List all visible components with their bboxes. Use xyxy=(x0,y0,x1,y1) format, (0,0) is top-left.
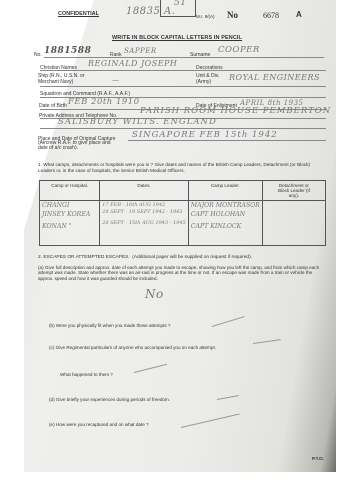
table-row: CHANGI JINSEY KOREA KONAN " 17 FEB - 16t… xyxy=(40,201,326,246)
instruction-text: WRITE IN BLOCK CAPITAL LETTERS IN PENCIL xyxy=(112,35,242,41)
question-2-title-text: 2. ESCAPES OR ATTEMPTED ESCAPES. xyxy=(38,255,130,260)
christian-names-value: REGINALD JOSEPH xyxy=(88,59,177,68)
dates-2: 28 SEPT - 19 SEPT 1942 - 1943 xyxy=(102,208,186,217)
form-number: 6678 xyxy=(263,11,279,20)
dob-value: FEB 20th 1910 xyxy=(68,97,140,107)
question-2c-text: (c) Give Regimental particulars of anyon… xyxy=(49,345,216,350)
pto-label: P.T.O. xyxy=(312,456,324,461)
camp-3: KONAN " xyxy=(42,223,97,232)
camps-table-header: Camp or Hospital. Dates. Camp Leader. De… xyxy=(40,181,326,201)
question-2d-text: (d) Give briefly your experiences during… xyxy=(49,397,170,402)
number-label: No xyxy=(227,10,238,20)
camp-1: CHANGI xyxy=(42,202,97,211)
camp-cell: CHANGI JINSEY KOREA KONAN " xyxy=(40,201,100,246)
form-series: A xyxy=(296,10,302,19)
leader-1: MAJOR MONTRASOR xyxy=(191,202,260,211)
question-2e-text: (e) How were you recaptured and on what … xyxy=(49,422,149,427)
capture-value: SINGAPORE FEB 15th 1942 xyxy=(132,130,278,140)
unit-label: Unit & Div. (Army) xyxy=(196,74,226,85)
question-2c-followup: What happened to them ? xyxy=(60,372,113,377)
unit-value: ROYAL ENGINEERS xyxy=(229,73,320,82)
header-block-leader: Detachment or Block Leader (if any). xyxy=(262,181,325,201)
question-1-text: 1. What camps, detachments or hospitals … xyxy=(38,162,326,173)
camps-table: Camp or Hospital. Dates. Camp Leader. De… xyxy=(39,180,326,246)
army-no-label: No. xyxy=(34,52,42,58)
boxed-mark: 51 xyxy=(160,0,196,17)
question-2-title: 2. ESCAPES OR ATTEMPTED ESCAPES. (Additi… xyxy=(38,255,252,260)
block-leader-cell xyxy=(262,201,325,246)
ship-label: Ship (R.N., U.S.N. or Merchant Navy) xyxy=(38,74,98,85)
ship-value: — xyxy=(112,76,120,84)
classification-label: CONFIDENTIAL xyxy=(58,11,99,17)
boxed-mark-value: 51 xyxy=(174,0,186,8)
header-camp-leader: Camp Leader. xyxy=(188,181,262,201)
leader-cell: MAJOR MONTRASOR CAPT HOLOHAN CAPT KINLOC… xyxy=(188,201,262,246)
camp-2: JINSEY KOREA xyxy=(42,211,97,220)
question-2a-text: (a) Give full description and approx. da… xyxy=(38,265,326,281)
form-code: M.I. 9/(A) xyxy=(196,14,215,19)
question-2b-text: (b) Were you physically fit when you mad… xyxy=(49,323,170,328)
capture-label-sub: (Aircrew R.A.F. to give place and date o… xyxy=(38,141,118,151)
header-dates: Dates. xyxy=(100,181,189,201)
leader-3: CAPT KINLOCK xyxy=(191,223,260,232)
address-value-line1: PARISH ROOM HOUSE PEMBERTON xyxy=(140,106,331,116)
rank-value: SAPPER xyxy=(124,47,157,55)
question-2-note: (Additional paper will be supplied on re… xyxy=(132,255,252,260)
army-no-value: 1881588 xyxy=(44,46,91,56)
address-value-line2: SALISBURY WILTS. ENGLAND xyxy=(58,117,217,127)
question-2a-answer: No xyxy=(145,287,164,301)
header-camp: Camp or Hospital. xyxy=(40,181,100,201)
surname-value: COOPER xyxy=(218,45,260,55)
dates-cell: 17 FEB - 16th AUG 1942 28 SEPT - 19 SEPT… xyxy=(100,201,189,246)
dates-3: 28 SEPT - 15th AUG 1943 - 1945 xyxy=(102,217,186,229)
leader-2: CAPT HOLOHAN xyxy=(191,211,260,220)
